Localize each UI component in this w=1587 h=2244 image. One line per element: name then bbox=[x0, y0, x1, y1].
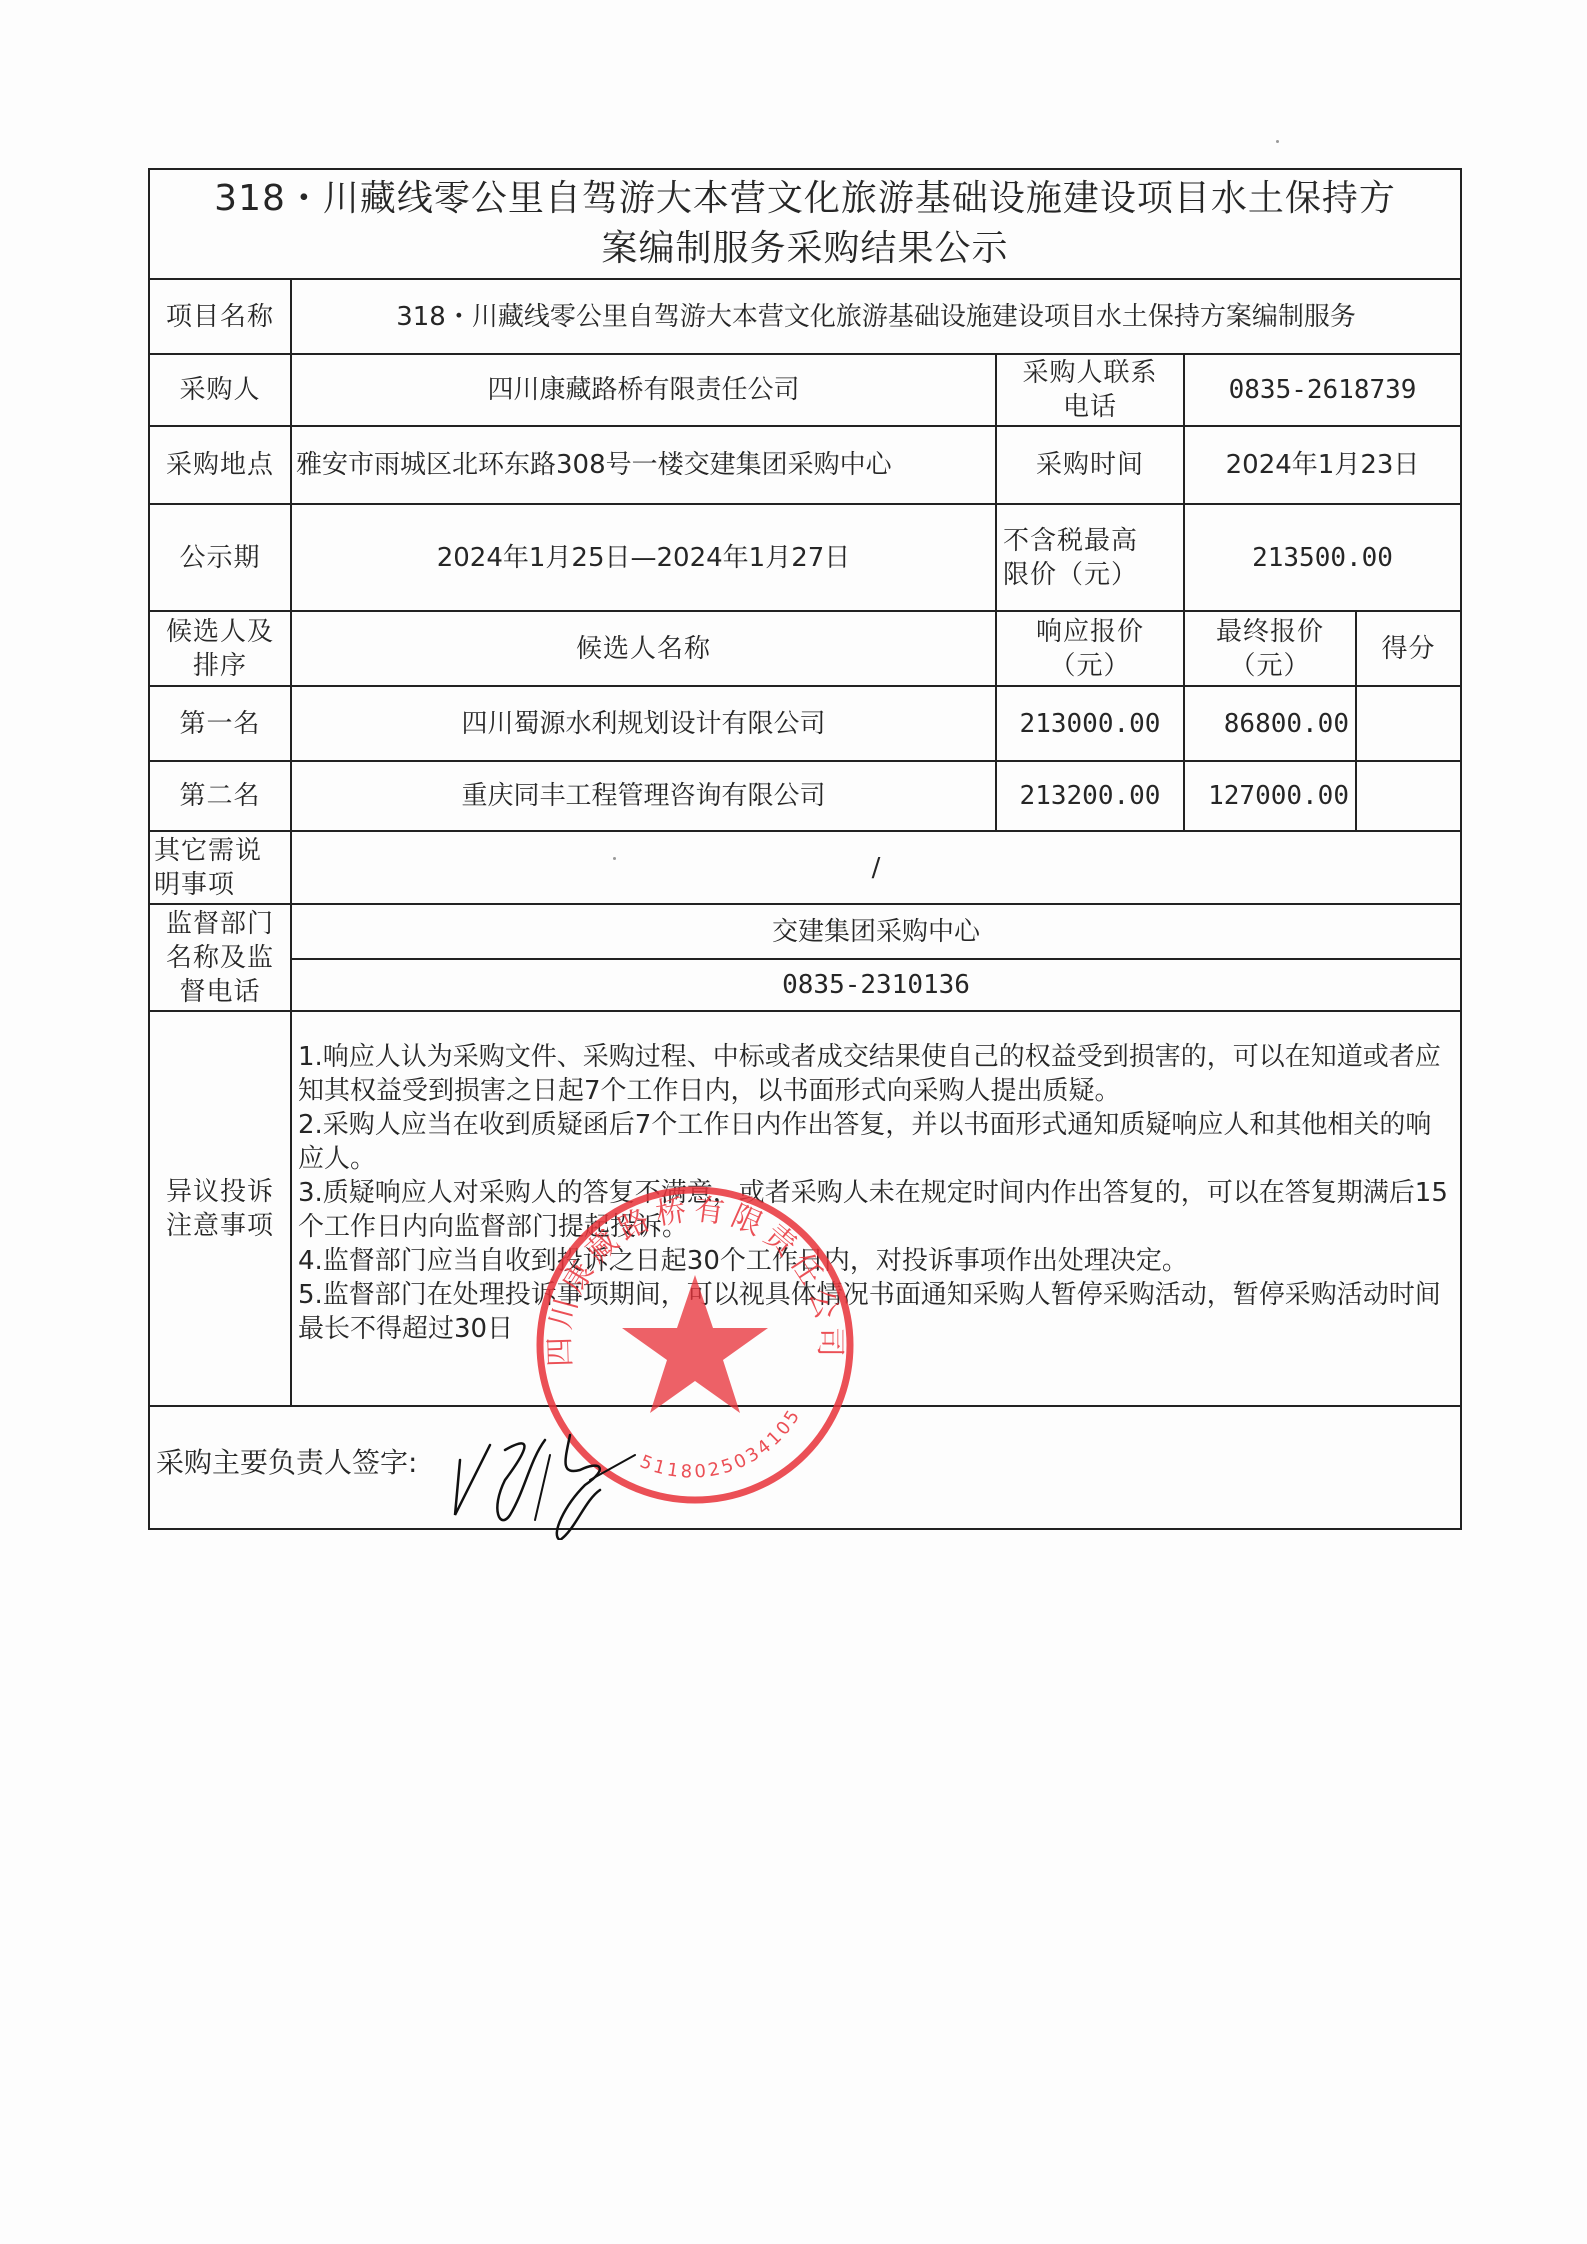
other-matters-value: / bbox=[291, 831, 1461, 904]
complaint-item: 4.监督部门应当自收到投诉之日起30个工作日内，对投诉事项作出处理决定。 bbox=[298, 1244, 1454, 1278]
notice-period-row: 公示期 2024年1月25日—2024年1月27日 不含税最高 限价（元） 21… bbox=[149, 504, 1461, 611]
complaint-item: 5.监督部门在处理投诉事项期间，可以视具体情况书面通知采购人暂停采购活动，暂停采… bbox=[298, 1278, 1454, 1346]
complaints-notes: 1.响应人认为采购文件、采购过程、中标或者成交结果使自己的权益受到损害的，可以在… bbox=[291, 1011, 1461, 1406]
candidate-final-price: 127000.00 bbox=[1184, 761, 1356, 831]
complaint-item: 3.质疑响应人对采购人的答复不满意，或者采购人未在规定时间内作出答复的，可以在答… bbox=[298, 1176, 1454, 1244]
candidate-score bbox=[1356, 761, 1461, 831]
supervisor-label-line2: 名称及监 bbox=[156, 941, 284, 975]
supervisor-label-line3: 督电话 bbox=[156, 975, 284, 1009]
table-row: 第二名 重庆同丰工程管理咨询有限公司 213200.00 127000.00 bbox=[149, 761, 1461, 831]
rank-header-line1: 候选人及 bbox=[156, 615, 284, 649]
complaints-row: 异议投诉 注意事项 1.响应人认为采购文件、采购过程、中标或者成交结果使自己的权… bbox=[149, 1011, 1461, 1406]
signature-label: 采购主要负责人签字: bbox=[156, 1446, 417, 1479]
table-row: 第一名 四川蜀源水利规划设计有限公司 213000.00 86800.00 bbox=[149, 686, 1461, 761]
title-line-2: 案编制服务采购结果公示 bbox=[160, 224, 1450, 274]
buyer-phone-label: 采购人联系 电话 bbox=[996, 354, 1184, 426]
buyer-phone-label-line1: 采购人联系 bbox=[1003, 356, 1177, 390]
score-header: 得分 bbox=[1356, 611, 1461, 686]
title-line-1: 318・川藏线零公里自驾游大本营文化旅游基础设施建设项目水土保持方 bbox=[160, 174, 1450, 224]
candidates-header-row: 候选人及 排序 候选人名称 响应报价 （元） 最终报价 （元） 得分 bbox=[149, 611, 1461, 686]
project-name-label: 项目名称 bbox=[149, 279, 291, 354]
max-price-label: 不含税最高 限价（元） bbox=[996, 504, 1184, 611]
complaints-label-line1: 异议投诉 bbox=[156, 1175, 284, 1209]
candidate-response-price: 213000.00 bbox=[996, 686, 1184, 761]
candidate-score bbox=[1356, 686, 1461, 761]
complaints-label-line2: 注意事项 bbox=[156, 1209, 284, 1243]
candidate-rank: 第二名 bbox=[149, 761, 291, 831]
buyer-value: 四川康藏路桥有限责任公司 bbox=[291, 354, 996, 426]
other-matters-label-line1: 其它需说 bbox=[154, 834, 284, 868]
complaint-item: 2.采购人应当在收到质疑函后7个工作日内作出答复，并以书面形式通知质疑响应人和其… bbox=[298, 1108, 1454, 1176]
rank-header: 候选人及 排序 bbox=[149, 611, 291, 686]
buyer-phone-label-line2: 电话 bbox=[1003, 390, 1177, 424]
candidate-name-header: 候选人名称 bbox=[291, 611, 996, 686]
supervisor-phone-row: 0835-2310136 bbox=[149, 959, 1461, 1011]
project-name-value: 318・川藏线零公里自驾游大本营文化旅游基础设施建设项目水土保持方案编制服务 bbox=[291, 279, 1461, 354]
other-matters-row: 其它需说 明事项 / bbox=[149, 831, 1461, 904]
buyer-phone-value: 0835-2618739 bbox=[1184, 354, 1461, 426]
location-row: 采购地点 雅安市雨城区北环东路308号一楼交建集团采购中心 采购时间 2024年… bbox=[149, 426, 1461, 504]
candidate-name: 四川蜀源水利规划设计有限公司 bbox=[291, 686, 996, 761]
final-price-header-line1: 最终报价 bbox=[1191, 615, 1349, 649]
supervisor-phone: 0835-2310136 bbox=[291, 959, 1461, 1011]
response-price-header-line2: （元） bbox=[1003, 649, 1177, 683]
procurement-result-table: 318・川藏线零公里自驾游大本营文化旅游基础设施建设项目水土保持方 案编制服务采… bbox=[148, 168, 1462, 1530]
max-price-label-line1: 不含税最高 bbox=[1003, 524, 1177, 558]
signature-cell: 采购主要负责人签字: bbox=[149, 1406, 1461, 1529]
candidate-final-price: 86800.00 bbox=[1184, 686, 1356, 761]
max-price-value: 213500.00 bbox=[1184, 504, 1461, 611]
final-price-header-line2: （元） bbox=[1191, 649, 1349, 683]
location-value: 雅安市雨城区北环东路308号一楼交建集团采购中心 bbox=[291, 426, 996, 504]
procurement-time-value: 2024年1月23日 bbox=[1184, 426, 1461, 504]
buyer-row: 采购人 四川康藏路桥有限责任公司 采购人联系 电话 0835-2618739 bbox=[149, 354, 1461, 426]
location-label: 采购地点 bbox=[149, 426, 291, 504]
complaint-item: 1.响应人认为采购文件、采购过程、中标或者成交结果使自己的权益受到损害的，可以在… bbox=[298, 1040, 1454, 1108]
notice-period-label: 公示期 bbox=[149, 504, 291, 611]
rank-header-line2: 排序 bbox=[156, 649, 284, 683]
procurement-time-label: 采购时间 bbox=[996, 426, 1184, 504]
other-matters-label: 其它需说 明事项 bbox=[149, 831, 291, 904]
signature-row: 采购主要负责人签字: bbox=[149, 1406, 1461, 1529]
complaints-label: 异议投诉 注意事项 bbox=[149, 1011, 291, 1406]
scanned-page: 318・川藏线零公里自驾游大本营文化旅游基础设施建设项目水土保持方 案编制服务采… bbox=[0, 0, 1587, 2244]
supervisor-label: 监督部门 名称及监 督电话 bbox=[149, 904, 291, 1011]
scan-speck bbox=[613, 857, 616, 860]
other-matters-label-line2: 明事项 bbox=[154, 868, 284, 902]
title-row: 318・川藏线零公里自驾游大本营文化旅游基础设施建设项目水土保持方 案编制服务采… bbox=[149, 169, 1461, 279]
document-title: 318・川藏线零公里自驾游大本营文化旅游基础设施建设项目水土保持方 案编制服务采… bbox=[149, 169, 1461, 279]
buyer-label: 采购人 bbox=[149, 354, 291, 426]
project-name-row: 项目名称 318・川藏线零公里自驾游大本营文化旅游基础设施建设项目水土保持方案编… bbox=[149, 279, 1461, 354]
supervisor-department: 交建集团采购中心 bbox=[291, 904, 1461, 959]
candidate-response-price: 213200.00 bbox=[996, 761, 1184, 831]
supervisor-label-line1: 监督部门 bbox=[156, 907, 284, 941]
candidate-name: 重庆同丰工程管理咨询有限公司 bbox=[291, 761, 996, 831]
scan-speck bbox=[1276, 140, 1279, 143]
candidate-rank: 第一名 bbox=[149, 686, 291, 761]
max-price-label-line2: 限价（元） bbox=[1003, 558, 1177, 592]
notice-period-value: 2024年1月25日—2024年1月27日 bbox=[291, 504, 996, 611]
supervisor-department-row: 监督部门 名称及监 督电话 交建集团采购中心 bbox=[149, 904, 1461, 959]
final-price-header: 最终报价 （元） bbox=[1184, 611, 1356, 686]
response-price-header-line1: 响应报价 bbox=[1003, 615, 1177, 649]
response-price-header: 响应报价 （元） bbox=[996, 611, 1184, 686]
